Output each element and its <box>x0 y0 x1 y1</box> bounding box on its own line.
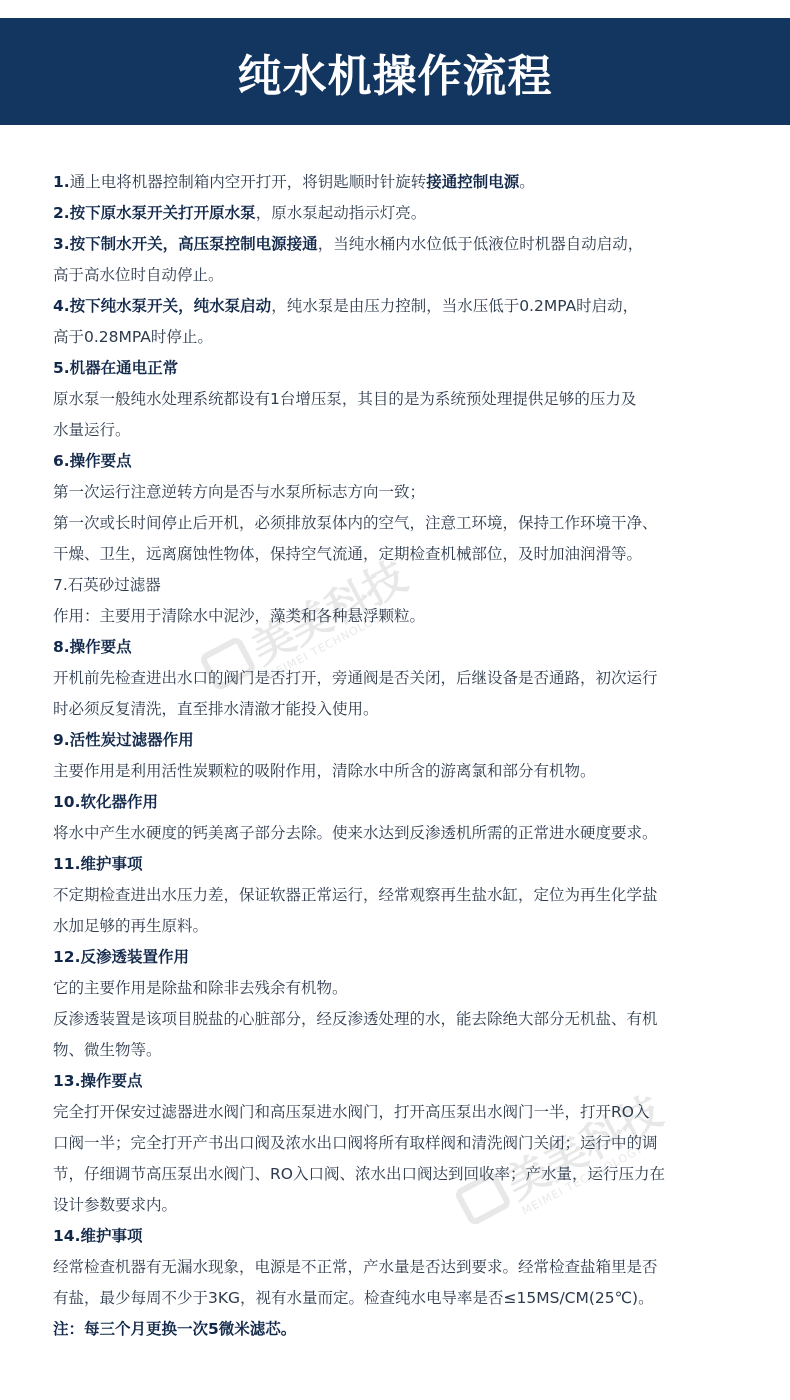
text-line: 水量运行。 <box>53 415 773 446</box>
text-line: 节，仔细调节高压泵出水阀门、RO入口阀、浓水出口阀达到回收率；产水量，运行压力在 <box>53 1159 773 1190</box>
emphasis-text: 2.按下原水泵开关打开原水泵 <box>53 204 256 222</box>
body-text: ，当纯水桶内水位低于低液位时机器自动启动， <box>318 235 644 253</box>
section-heading: 5.机器在通电正常 <box>53 353 773 384</box>
section-heading: 9.活性炭过滤器作用 <box>53 725 773 756</box>
text-line: 不定期检查进出水压力差，保证软器正常运行，经常观察再生盐水缸，定位为再生化学盐 <box>53 880 773 911</box>
text-line: 将水中产生水硬度的钙美离子部分去除。使来水达到反渗透机所需的正常进水硬度要求。 <box>53 818 773 849</box>
text-line: 干燥、卫生，远离腐蚀性物体，保持空气流通，定期检查机械部位，及时加油润滑等。 <box>53 539 773 570</box>
text-line: 作用：主要用于清除水中泥沙，藻类和各种悬浮颗粒。 <box>53 601 773 632</box>
emphasis-text: 1. <box>53 173 70 191</box>
text-line: 反渗透装置是该项目脱盐的心脏部分，经反渗透处理的水，能去除绝大部分无机盐、有机 <box>53 1004 773 1035</box>
text-line: 主要作用是利用活性炭颗粒的吸附作用，清除水中所含的游离氯和部分有机物。 <box>53 756 773 787</box>
page-title: 纯水机操作流程 <box>238 40 553 104</box>
text-line: 设计参数要求内。 <box>53 1190 773 1221</box>
section-heading: 6.操作要点 <box>53 446 773 477</box>
section-heading: 10.软化器作用 <box>53 787 773 818</box>
section-heading: 13.操作要点 <box>53 1066 773 1097</box>
text-line: 3.按下制水开关，高压泵控制电源接通，当纯水桶内水位低于低液位时机器自动启动， <box>53 229 773 260</box>
text-line: 第一次或长时间停止后开机，必须排放泵体内的空气，注意工环境，保持工作环境干净、 <box>53 508 773 539</box>
text-line: 时必须反复清洗，直至排水清澈才能投入使用。 <box>53 694 773 725</box>
text-line: 物、微生物等。 <box>53 1035 773 1066</box>
text-line: 它的主要作用是除盐和除非去残余有机物。 <box>53 973 773 1004</box>
body-text: ，纯水泵是由压力控制，当水压低于0.2MPA时启动， <box>271 297 638 315</box>
body-text: ，原水泵起动指示灯亮。 <box>256 204 427 222</box>
text-line: 4.按下纯水泵开关，纯水泵启动，纯水泵是由压力控制，当水压低于0.2MPA时启动… <box>53 291 773 322</box>
text-line: 开机前先检查进出水口的阀门是否打开，旁通阀是否关闭，后继设备是否通路，初次运行 <box>53 663 773 694</box>
section-heading: 11.维护事项 <box>53 849 773 880</box>
procedure-content: 1.通上电将机器控制箱内空开打开，将钥匙顺时针旋转接通控制电源。2.按下原水泵开… <box>53 167 773 1345</box>
text-line: 2.按下原水泵开关打开原水泵，原水泵起动指示灯亮。 <box>53 198 773 229</box>
text-line: 高于高水位时自动停止。 <box>53 260 773 291</box>
text-line: 第一次运行注意逆转方向是否与水泵所标志方向一致； <box>53 477 773 508</box>
text-line: 口阀一半；完全打开产书出口阀及浓水出口阀将所有取样阀和清洗阀门关闭；运行中的调 <box>53 1128 773 1159</box>
text-line: 水加足够的再生原料。 <box>53 911 773 942</box>
text-line: 7.石英砂过滤器 <box>53 570 773 601</box>
body-text: 。 <box>519 173 535 191</box>
text-line: 高于0.28MPA时停止。 <box>53 322 773 353</box>
text-line: 经常检查机器有无漏水现象，电源是不正常，产水量是否达到要求。经常检查盐箱里是否 <box>53 1252 773 1283</box>
section-heading: 12.反渗透装置作用 <box>53 942 773 973</box>
section-heading: 8.操作要点 <box>53 632 773 663</box>
section-heading: 14.维护事项 <box>53 1221 773 1252</box>
emphasis-text: 3.按下制水开关，高压泵控制电源接通 <box>53 235 318 253</box>
text-line: 完全打开保安过滤器进水阀门和高压泵进水阀门，打开高压泵出水阀门一半，打开RO入 <box>53 1097 773 1128</box>
emphasis-text: 4.按下纯水泵开关，纯水泵启动 <box>53 297 271 315</box>
emphasis-text: 接通控制电源 <box>426 173 519 191</box>
body-text: 通上电将机器控制箱内空开打开，将钥匙顺时针旋转 <box>70 173 427 191</box>
text-line: 有盐，最少每周不少于3KG，视有水量而定。检查纯水电导率是否≤15MS/CM(2… <box>53 1283 773 1314</box>
text-line: 1.通上电将机器控制箱内空开打开，将钥匙顺时针旋转接通控制电源。 <box>53 167 773 198</box>
text-line: 原水泵一般纯水处理系统都设有1台增压泵，其目的是为系统预处理提供足够的压力及 <box>53 384 773 415</box>
section-heading: 注：每三个月更换一次5微米滤芯。 <box>53 1314 773 1345</box>
title-banner: 纯水机操作流程 <box>0 18 790 125</box>
